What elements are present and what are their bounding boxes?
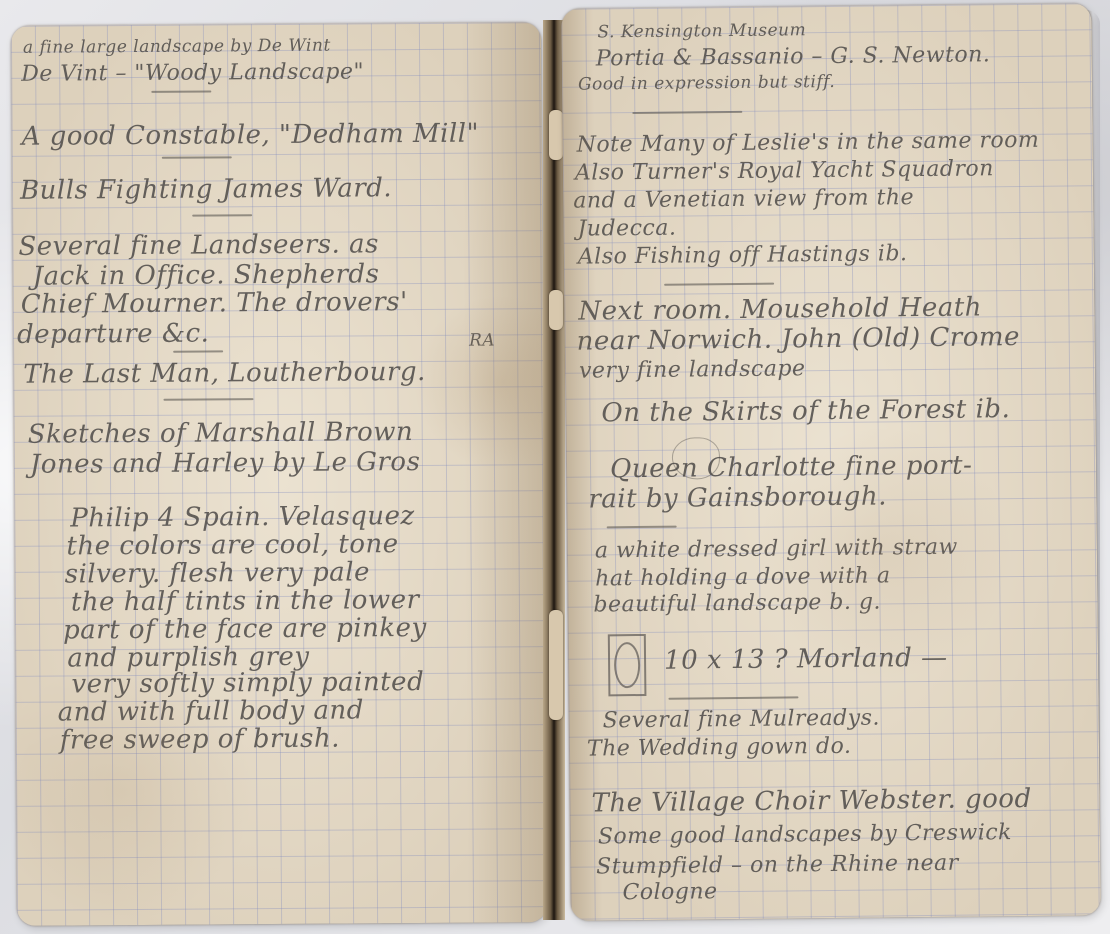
divider-line xyxy=(163,398,253,401)
right-page: S. Kensington Museum Portia & Bassanio –… xyxy=(561,3,1101,921)
right-line-3: Good in expression but stiff. xyxy=(578,72,835,95)
right-line-17: beautiful landscape b. g. xyxy=(593,589,881,617)
right-line-14: rait by Gainsborough. xyxy=(588,481,887,514)
left-line-8: departure &c. xyxy=(17,318,210,349)
divider-line xyxy=(607,526,677,529)
left-line-9: The Last Man, Loutherbourg. xyxy=(23,357,426,390)
left-line-1: a fine large landscape by De Wint xyxy=(23,36,331,58)
right-line-5: Also Turner's Royal Yacht Squadron xyxy=(575,156,994,185)
torn-page-stub xyxy=(549,610,563,720)
left-line-14: silvery. flesh very pale xyxy=(65,557,370,589)
left-line-16: part of the face are pinkey xyxy=(63,613,427,646)
right-line-12: On the Skirts of the Forest ib. xyxy=(601,394,1010,428)
left-line-11: Jones and Harley by Le Gros xyxy=(30,447,421,480)
divider-line xyxy=(668,696,798,699)
left-line-ra: RA xyxy=(469,330,495,350)
right-line-21: The Village Choir Webster. good xyxy=(591,784,1031,819)
left-line-10: Sketches of Marshall Brown xyxy=(28,417,414,450)
torn-page-stub xyxy=(549,110,563,160)
divider-line xyxy=(173,350,223,352)
left-line-18: very softly simply painted xyxy=(71,667,424,699)
underline xyxy=(192,214,252,216)
right-line-11: very fine landscape xyxy=(579,356,806,383)
oval-frame-sketch xyxy=(608,634,647,696)
torn-page-stub xyxy=(549,290,563,330)
underline xyxy=(162,156,232,158)
underline xyxy=(151,90,211,92)
left-line-2: De Vint – "Woody Landscape" xyxy=(21,59,364,86)
right-line-24: Cologne xyxy=(622,879,717,905)
right-line-7: Judecca. xyxy=(577,216,676,242)
notebook-spine-gutter xyxy=(543,20,565,920)
right-line-15: a white dressed girl with straw xyxy=(595,535,958,564)
right-line-16: hat holding a dove with a xyxy=(595,563,891,591)
right-line-8: Also Fishing off Hastings ib. xyxy=(578,241,908,269)
right-line-23: Stumpfield – on the Rhine near xyxy=(596,851,959,880)
left-line-4: Bulls Fighting James Ward. xyxy=(20,173,392,206)
divider-line xyxy=(664,283,774,286)
right-line-6: and a Venetian view from the xyxy=(573,185,914,214)
right-line-1: S. Kensington Museum xyxy=(597,20,806,42)
left-line-7: Chief Mourner. The drovers' xyxy=(21,287,408,320)
left-page: a fine large landscape by De Wint De Vin… xyxy=(11,22,547,926)
left-line-5: Several fine Landseers. as xyxy=(18,229,379,262)
left-line-3: A good Constable, "Dedham Mill" xyxy=(22,119,480,152)
left-line-19: and with full body and xyxy=(58,695,364,727)
right-line-2: Portia & Bassanio – G. S. Newton. xyxy=(596,42,991,71)
right-line-9: Next room. Mousehold Heath xyxy=(578,292,982,326)
left-line-20: free sweep of brush. xyxy=(60,724,340,756)
right-line-22: Some good landscapes by Creswick xyxy=(598,820,1012,849)
right-line-20: The Wedding gown do. xyxy=(587,734,852,762)
right-line-13: Queen Charlotte fine port- xyxy=(610,451,973,485)
divider-line xyxy=(632,111,742,114)
right-line-10: near Norwich. John (Old) Crome xyxy=(577,322,1021,357)
right-line-4: Note Many of Leslie's in the same room xyxy=(577,128,1040,158)
right-line-18: 10 x 13 ? Morland — xyxy=(664,643,948,676)
right-line-19: Several fine Mulreadys. xyxy=(603,706,880,734)
